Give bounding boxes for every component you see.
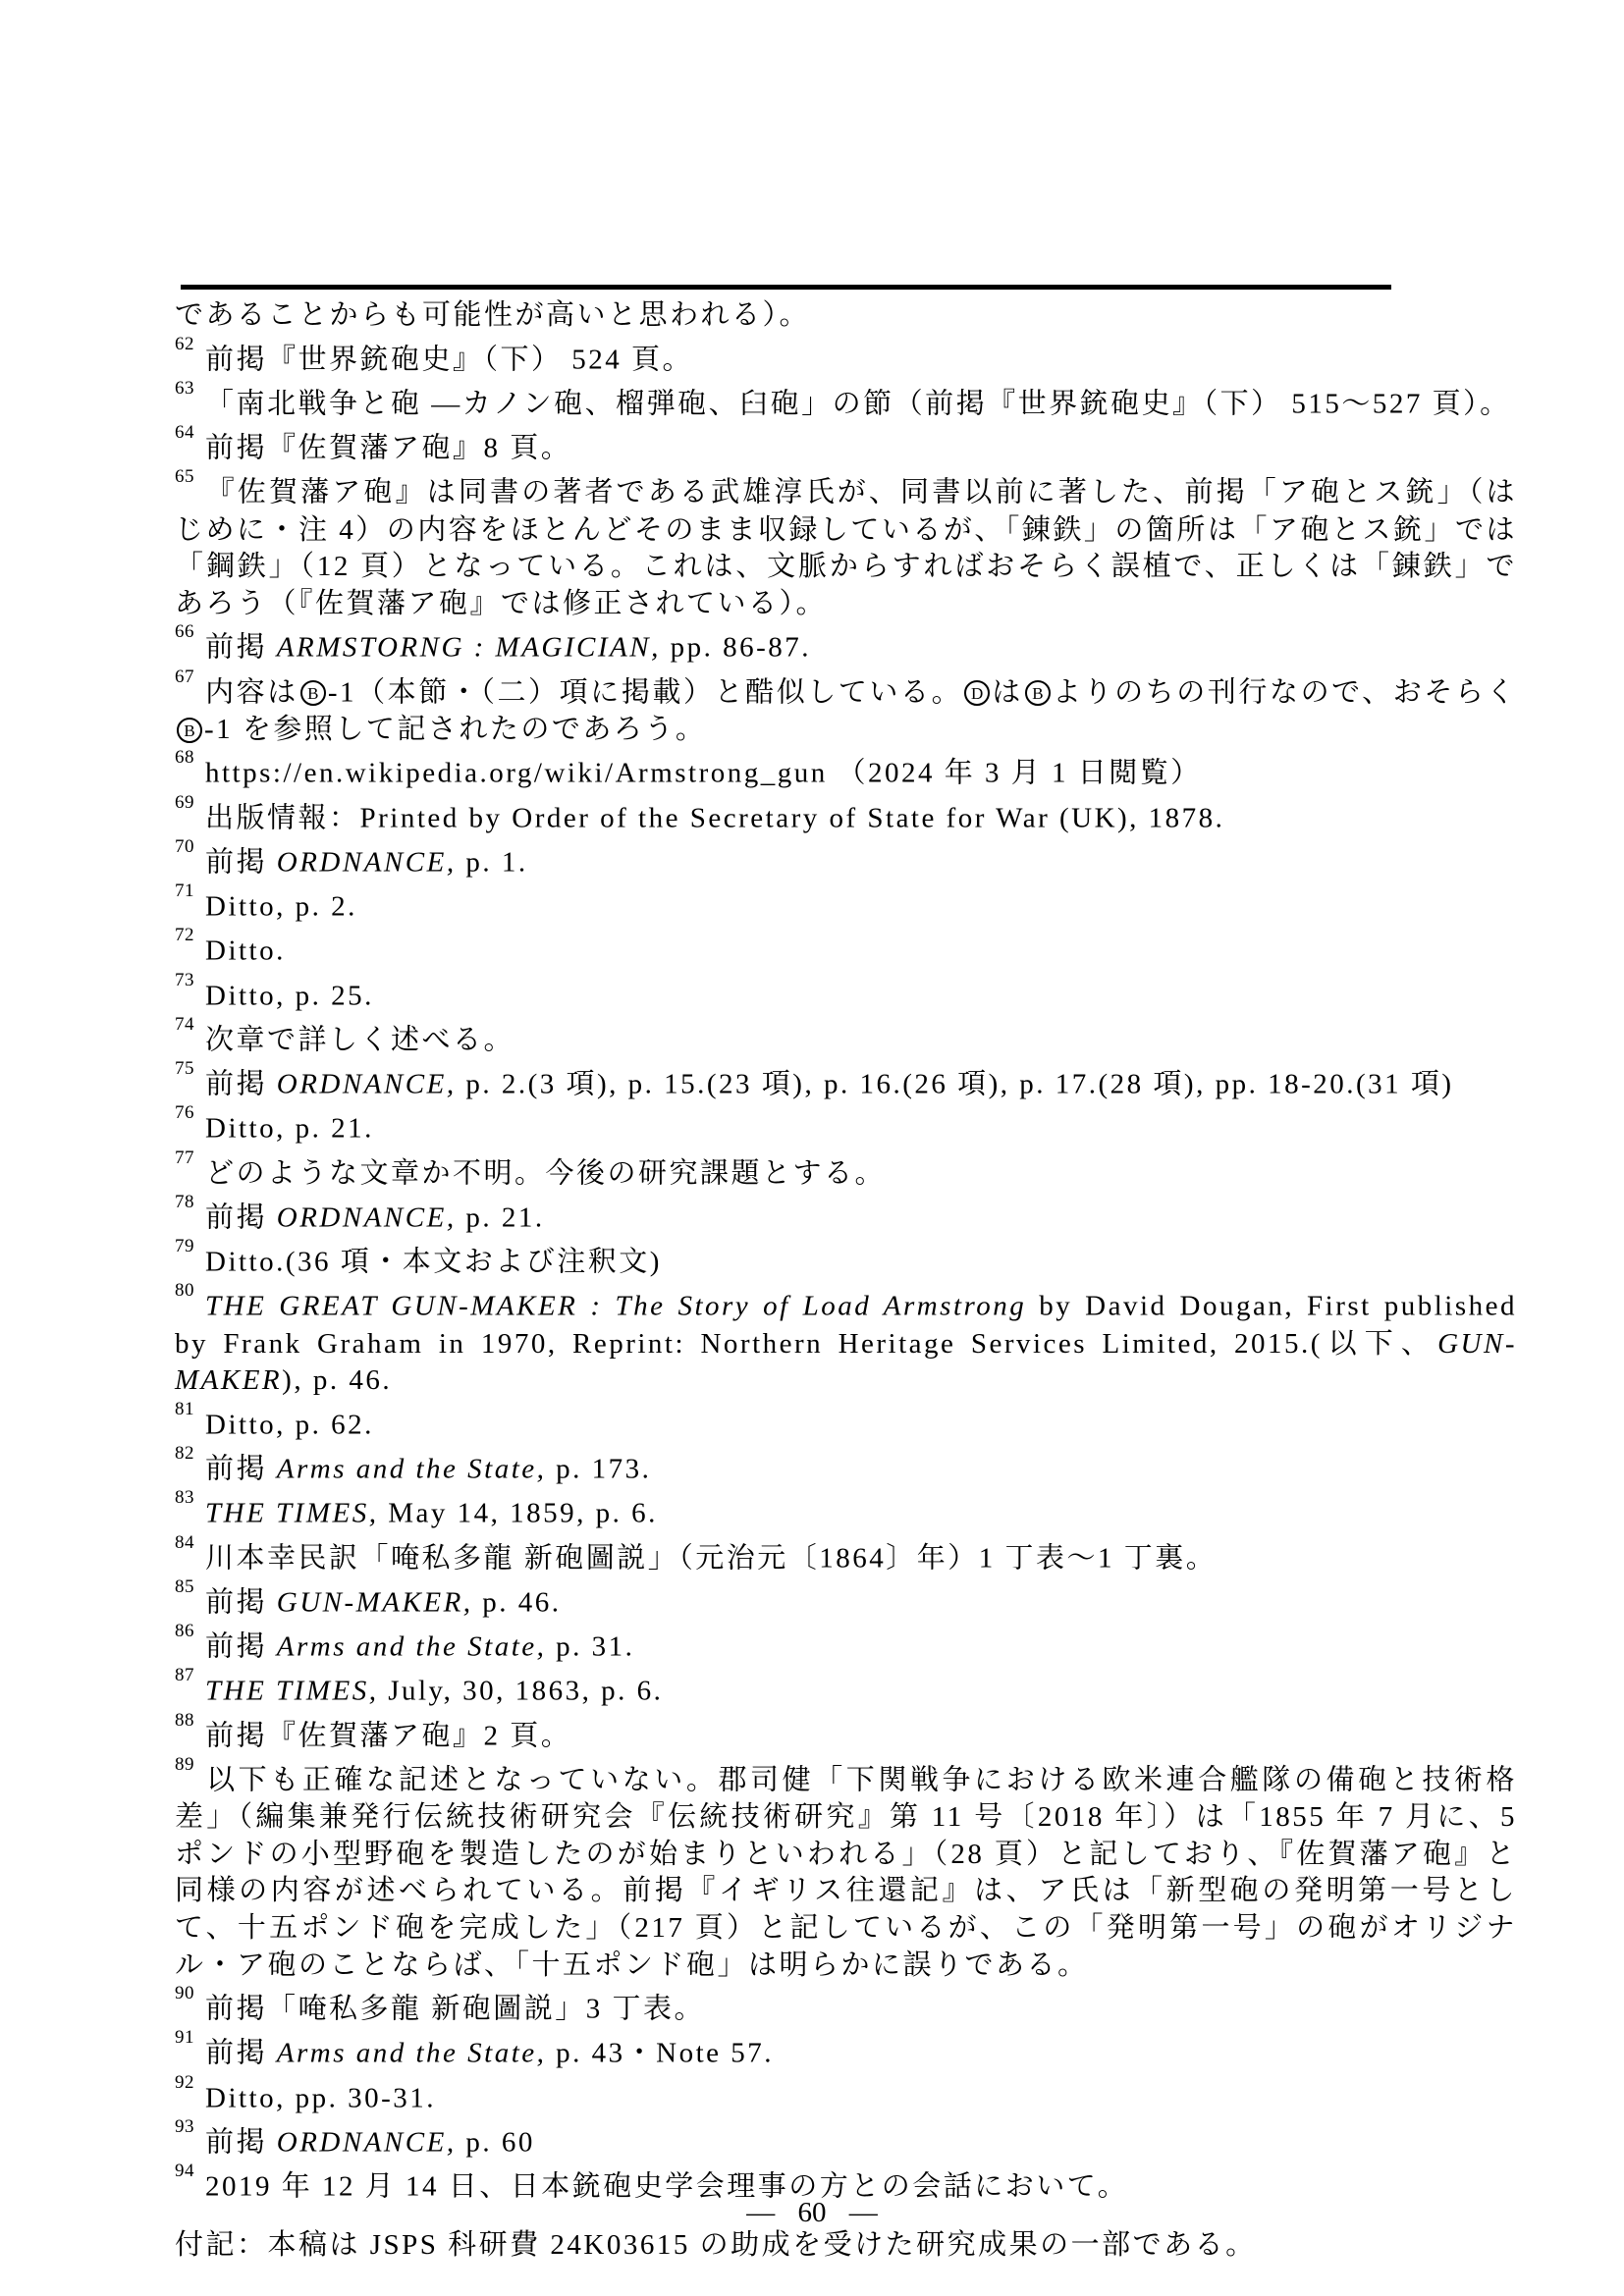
footnote-74: 74次章で詳しく述べる。 [175,1015,1517,1059]
text-run: であることからも可能性が高いと思われる）。 [175,299,810,331]
text-run: ORDNANCE, [277,2127,457,2159]
footnote-number: 90 [175,1983,194,2003]
footnote-number: 85 [175,1576,194,1597]
footnote-80: 80THE GREAT GUN-MAKER : The Story of Loa… [175,1281,1517,1399]
text-run: 前掲 [205,1202,277,1234]
text-run: Arms and the State, [277,1454,547,1485]
text-run: 付記：本稿は JSPS 科研費 24K03615 の助成を受けた研究成果の一部で… [175,2229,1257,2261]
footnote-number: 78 [175,1192,194,1212]
footnote-84: 84川本幸民訳「唵私多龍 新砲圖説」（元治元〔1864〕年）1 丁表～1 丁裏。 [175,1533,1517,1577]
footnote-number: 70 [175,836,194,857]
circled-letter: B [1025,680,1051,706]
footnote-number: 75 [175,1058,194,1079]
text-run: THE GREAT GUN-MAKER : The Story of Load … [205,1291,1026,1322]
text-run: THE TIMES, [205,1676,378,1707]
text-run: 前掲『佐賀藩ア砲』8 頁。 [205,433,571,464]
footnote-85: 85前掲 GUN-MAKER, p. 46. [175,1577,1517,1622]
footnote-number: 81 [175,1399,194,1419]
footnote-number: 94 [175,2161,194,2181]
text-run: は [992,676,1023,708]
circled-letter: D [964,680,990,706]
text-run: p. 1. [457,847,528,879]
text-run: GUN-MAKER, [277,1587,473,1619]
footnote-88: 88前掲『佐賀藩ア砲』2 頁。 [175,1711,1517,1755]
text-run: 前掲「唵私多龍 新砲圖説」3 丁表。 [205,1994,705,2025]
footnote-86: 86前掲 Arms and the State, p. 31. [175,1622,1517,1666]
text-run: 前掲 [205,847,277,879]
text-run: -1 を参照して記されたのであろう。 [204,714,706,745]
footnote-number: 74 [175,1014,194,1035]
text-run: Ditto. [205,935,286,967]
text-run: p. 173. [546,1454,651,1485]
footnote-90: 90前掲「唵私多龍 新砲圖説」3 丁表。 [175,1984,1517,2028]
footnote-87: 87THE TIMES, July, 30, 1863, p. 6. [175,1666,1517,1710]
text-run: May 14, 1859, p. 6. [378,1498,657,1529]
footnote-89: 89以下も正確な記述となっていない。郡司健「下関戦争における欧米連合艦隊の備砲と… [175,1755,1517,1984]
text-run: 「南北戦争と砲 ―カノン砲、榴弾砲、臼砲」の節（前掲『世界銃砲史』（下） 515… [205,389,1511,420]
text-run: どのような文章か不明。今後の研究課題とする。 [205,1157,886,1189]
text-run: Ditto.(36 項・本文および注釈文) [205,1247,662,1278]
footnote-number: 91 [175,2027,194,2048]
footnote-number: 62 [175,334,194,354]
footnote-62: 62前掲『世界銃砲史』（下） 524 頁。 [175,335,1517,379]
footnote-number: 84 [175,1532,194,1553]
footnote-separator-rule [181,285,1391,290]
footnotes-list: であることからも可能性が高いと思われる）。62前掲『世界銃砲史』（下） 524 … [175,297,1517,2206]
footnote-79: 79Ditto.(36 項・本文および注釈文) [175,1237,1517,1281]
document-page: であることからも可能性が高いと思われる）。62前掲『世界銃砲史』（下） 524 … [0,0,1624,2296]
footnote-number: 92 [175,2072,194,2093]
footnote-number: 73 [175,970,194,990]
footnote-number: 89 [175,1754,194,1775]
footnote-number: 83 [175,1487,194,1508]
text-run: p. 21. [457,1202,545,1234]
text-run: https://en.wikipedia.org/wiki/Armstrong_… [205,758,1202,789]
footnote-number: 82 [175,1443,194,1464]
postscript: 付記：本稿は JSPS 科研費 24K03615 の助成を受けた研究成果の一部で… [175,2227,1517,2265]
text-run: 前掲 [205,1631,277,1663]
footnote-number: 72 [175,925,194,945]
text-run: 前掲 [205,1454,277,1485]
footnotes-section: であることからも可能性が高いと思われる）。62前掲『世界銃砲史』（下） 524 … [175,297,1517,2265]
text-run: よりのちの刊行なので、おそらく [1053,676,1517,708]
text-run: 前掲『佐賀藩ア砲』2 頁。 [205,1720,571,1751]
text-run: p. 2.(3 項), p. 15.(23 項), p. 16.(26 項), … [457,1069,1454,1100]
text-run: 前掲 [205,632,277,664]
text-run: 前掲 [205,2038,277,2069]
footnote-70: 70前掲 ORDNANCE, p. 1. [175,837,1517,881]
footnote-91: 91前掲 Arms and the State, p. 43・Note 57. [175,2028,1517,2072]
text-run: ORDNANCE, [277,1202,457,1234]
footnote-72: 72Ditto. [175,926,1517,970]
footnote-82: 82前掲 Arms and the State, p. 173. [175,1444,1517,1488]
footnote-number: 93 [175,2116,194,2137]
text-run: Ditto, p. 21. [205,1113,374,1145]
footnote-65: 65『佐賀藩ア砲』は同書の著者である武雄淳氏が、同書以前に著した、前掲「ア砲とス… [175,467,1517,622]
footnote-number: 69 [175,792,194,813]
footnote-63: 63「南北戦争と砲 ―カノン砲、榴弾砲、臼砲」の節（前掲『世界銃砲史』（下） 5… [175,379,1517,423]
text-run: July, 30, 1863, p. 6. [378,1676,663,1707]
footnote-92: 92Ditto, pp. 30-31. [175,2073,1517,2117]
text-run: p. 46. [473,1587,562,1619]
footnote-83: 83THE TIMES, May 14, 1859, p. 6. [175,1488,1517,1532]
text-run: 出版情報：Printed by Order of the Secretary o… [205,802,1224,833]
text-run: Arms and the State, [277,1631,547,1663]
text-run: 前掲 [205,1587,277,1619]
footnote-number: 87 [175,1665,194,1685]
footnote-number: 86 [175,1621,194,1641]
text-run: ARMSTORNG : MAGICIAN, [277,632,661,664]
text-run: Ditto, pp. 30-31. [205,2082,436,2113]
footnote-number: 79 [175,1236,194,1256]
text-run: 前掲 [205,1069,277,1100]
footnote-number: 67 [175,667,194,687]
text-run: 前掲『世界銃砲史』（下） 524 頁。 [205,344,693,375]
text-run: p. 60 [457,2127,535,2159]
text-run: 前掲 [205,2127,277,2159]
text-run: ORDNANCE, [277,847,457,879]
footnote-93: 93前掲 ORDNANCE, p. 60 [175,2117,1517,2162]
footnote-number: 66 [175,621,194,642]
text-run: Ditto, p. 62. [205,1410,374,1441]
footnote-71: 71Ditto, p. 2. [175,881,1517,926]
footnote-64: 64前掲『佐賀藩ア砲』8 頁。 [175,423,1517,467]
footnote-67: 67内容はB-1（本節・（二）項に掲載）と酷似している。DはBよりのちの刊行なの… [175,667,1517,749]
text-run: THE TIMES, [205,1498,378,1529]
circled-letter: B [300,680,326,706]
footnote-78: 78前掲 ORDNANCE, p. 21. [175,1193,1517,1237]
text-run: ), p. 46. [282,1364,392,1396]
text-run: Ditto, p. 25. [205,980,374,1011]
footnote-number: 80 [175,1280,194,1301]
footnote-continuation: であることからも可能性が高いと思われる）。 [175,297,1517,335]
footnote-number: 65 [175,466,194,487]
text-run: -1（本節・（二）項に掲載）と酷似している。 [328,676,962,708]
text-run: Ditto, p. 2. [205,891,357,923]
text-run: p. 31. [546,1631,634,1663]
footnote-number: 76 [175,1102,194,1123]
page-number: — 60 — [746,2197,878,2228]
page-footer: — 60 — [0,2197,1624,2229]
text-run: 川本幸民訳「唵私多龍 新砲圖説」（元治元〔1864〕年）1 丁表～1 丁裏。 [205,1542,1217,1574]
text-run: pp. 86-87. [661,632,811,664]
circled-letter: B [177,718,202,743]
text-run: 以下も正確な記述となっていない。郡司健「下関戦争における欧米連合艦隊の備砲と技術… [175,1765,1517,1981]
footnote-77: 77どのような文章か不明。今後の研究課題とする。 [175,1148,1517,1193]
footnote-76: 76Ditto, p. 21. [175,1103,1517,1148]
text-run: 『佐賀藩ア砲』は同書の著者である武雄淳氏が、同書以前に著した、前掲「ア砲とス銃」… [175,477,1517,619]
footnote-number: 64 [175,422,194,443]
footnote-68: 68https://en.wikipedia.org/wiki/Armstron… [175,748,1517,792]
text-run: p. 43・Note 57. [546,2038,774,2069]
footnote-number: 63 [175,378,194,399]
footnote-number: 68 [175,747,194,768]
footnote-number: 77 [175,1148,194,1168]
footnote-73: 73Ditto, p. 25. [175,971,1517,1015]
text-run: Arms and the State, [277,2038,547,2069]
footnote-number: 71 [175,881,194,901]
footnote-69: 69出版情報：Printed by Order of the Secretary… [175,793,1517,837]
text-run: 次章で詳しく述べる。 [205,1025,514,1056]
text-run: 内容は [205,676,298,708]
footnote-81: 81Ditto, p. 62. [175,1400,1517,1444]
footnote-75: 75前掲 ORDNANCE, p. 2.(3 項), p. 15.(23 項),… [175,1059,1517,1103]
footnote-66: 66前掲 ARMSTORNG : MAGICIAN, pp. 86-87. [175,622,1517,667]
text-run: ORDNANCE, [277,1069,457,1100]
footnote-number: 88 [175,1710,194,1731]
